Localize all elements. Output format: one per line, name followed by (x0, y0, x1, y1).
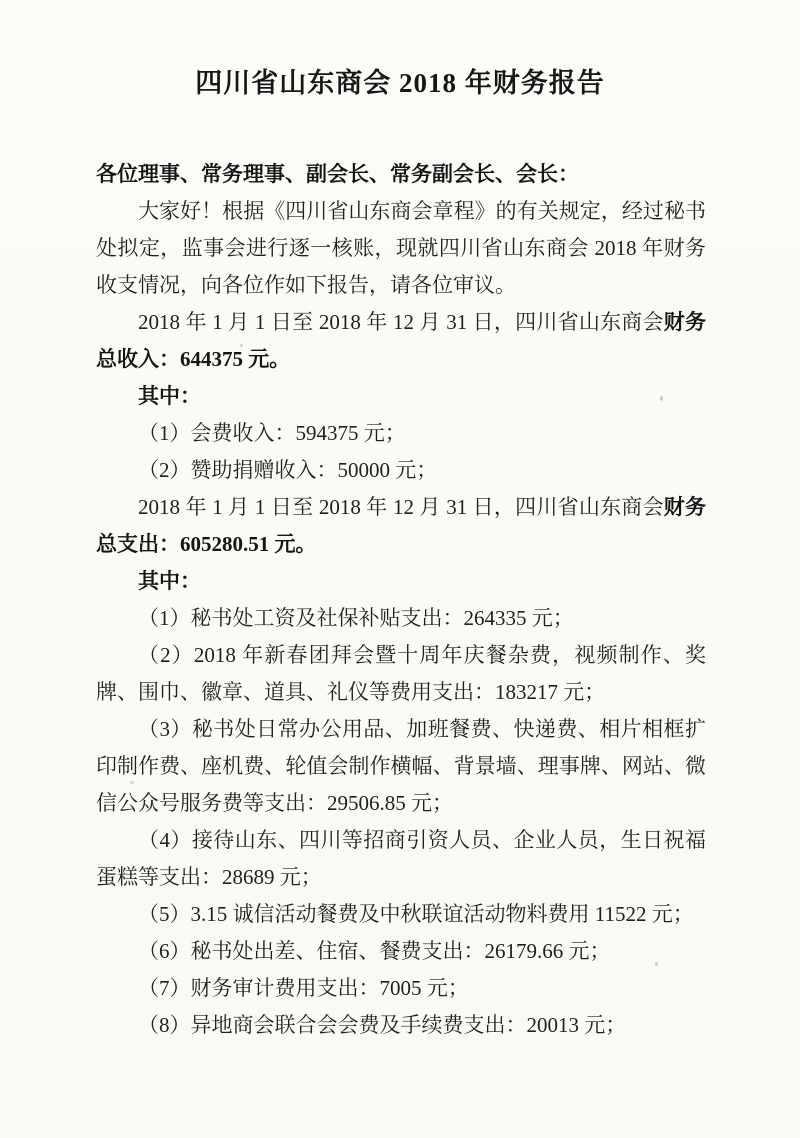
scan-speck (655, 962, 658, 966)
scan-speck (130, 781, 134, 784)
total-income-paragraph: 2018 年 1 月 1 日至 2018 年 12 月 31 日，四川省山东商会… (96, 304, 706, 378)
report-body: 各位理事、常务理事、副会长、常务副会长、会长： 大家好！根据《四川省山东商会章程… (96, 156, 706, 1044)
salutation-line: 各位理事、常务理事、副会长、常务副会长、会长： (96, 156, 706, 193)
expense-item-4: （4）接待山东、四川等招商引资人员、企业人员，生日祝福蛋糕等支出：28689 元… (96, 822, 706, 896)
scan-speck (240, 344, 243, 347)
scanned-document-page: { "colors": { "paper": "#fbfaf6", "ink":… (0, 0, 800, 1138)
report-title: 四川省山东商会 2018 年财务报告 (0, 0, 800, 100)
expense-item-1: （1）秘书处工资及社保补贴支出：264335 元； (96, 600, 706, 637)
intro-paragraph: 大家好！根据《四川省山东商会章程》的有关规定，经过秘书处拟定，监事会进行逐一核账… (96, 193, 706, 304)
total-expense-paragraph: 2018 年 1 月 1 日至 2018 年 12 月 31 日，四川省山东商会… (96, 489, 706, 563)
expense-breakdown-label: 其中： (96, 563, 706, 600)
expense-item-2: （2）2018 年新春团拜会暨十周年庆餐杂费，视频制作、奖牌、围巾、徽章、道具、… (96, 637, 706, 711)
expense-item-3: （3）秘书处日常办公用品、加班餐费、快递费、相片相框扩印制作费、座机费、轮值会制… (96, 711, 706, 822)
expense-item-8: （8）异地商会联合会会费及手续费支出：20013 元； (96, 1007, 706, 1044)
expense-item-5: （5）3.15 诚信活动餐费及中秋联谊活动物料费用 11522 元； (96, 896, 706, 933)
scan-speck (660, 396, 663, 401)
income-breakdown-label: 其中： (96, 378, 706, 415)
total-expense-prefix: 2018 年 1 月 1 日至 2018 年 12 月 31 日，四川省山东商会 (138, 495, 664, 519)
total-income-prefix: 2018 年 1 月 1 日至 2018 年 12 月 31 日，四川省山东商会 (138, 310, 664, 334)
income-item-2: （2）赞助捐赠收入：50000 元； (96, 452, 706, 489)
income-item-1: （1）会费收入：594375 元； (96, 415, 706, 452)
scan-speck (455, 252, 458, 255)
paper-sheet: 四川省山东商会 2018 年财务报告 各位理事、常务理事、副会长、常务副会长、会… (0, 0, 800, 1138)
expense-item-7: （7）财务审计费用支出：7005 元； (96, 970, 706, 1007)
expense-item-6: （6）秘书处出差、住宿、餐费支出：26179.66 元； (96, 933, 706, 970)
